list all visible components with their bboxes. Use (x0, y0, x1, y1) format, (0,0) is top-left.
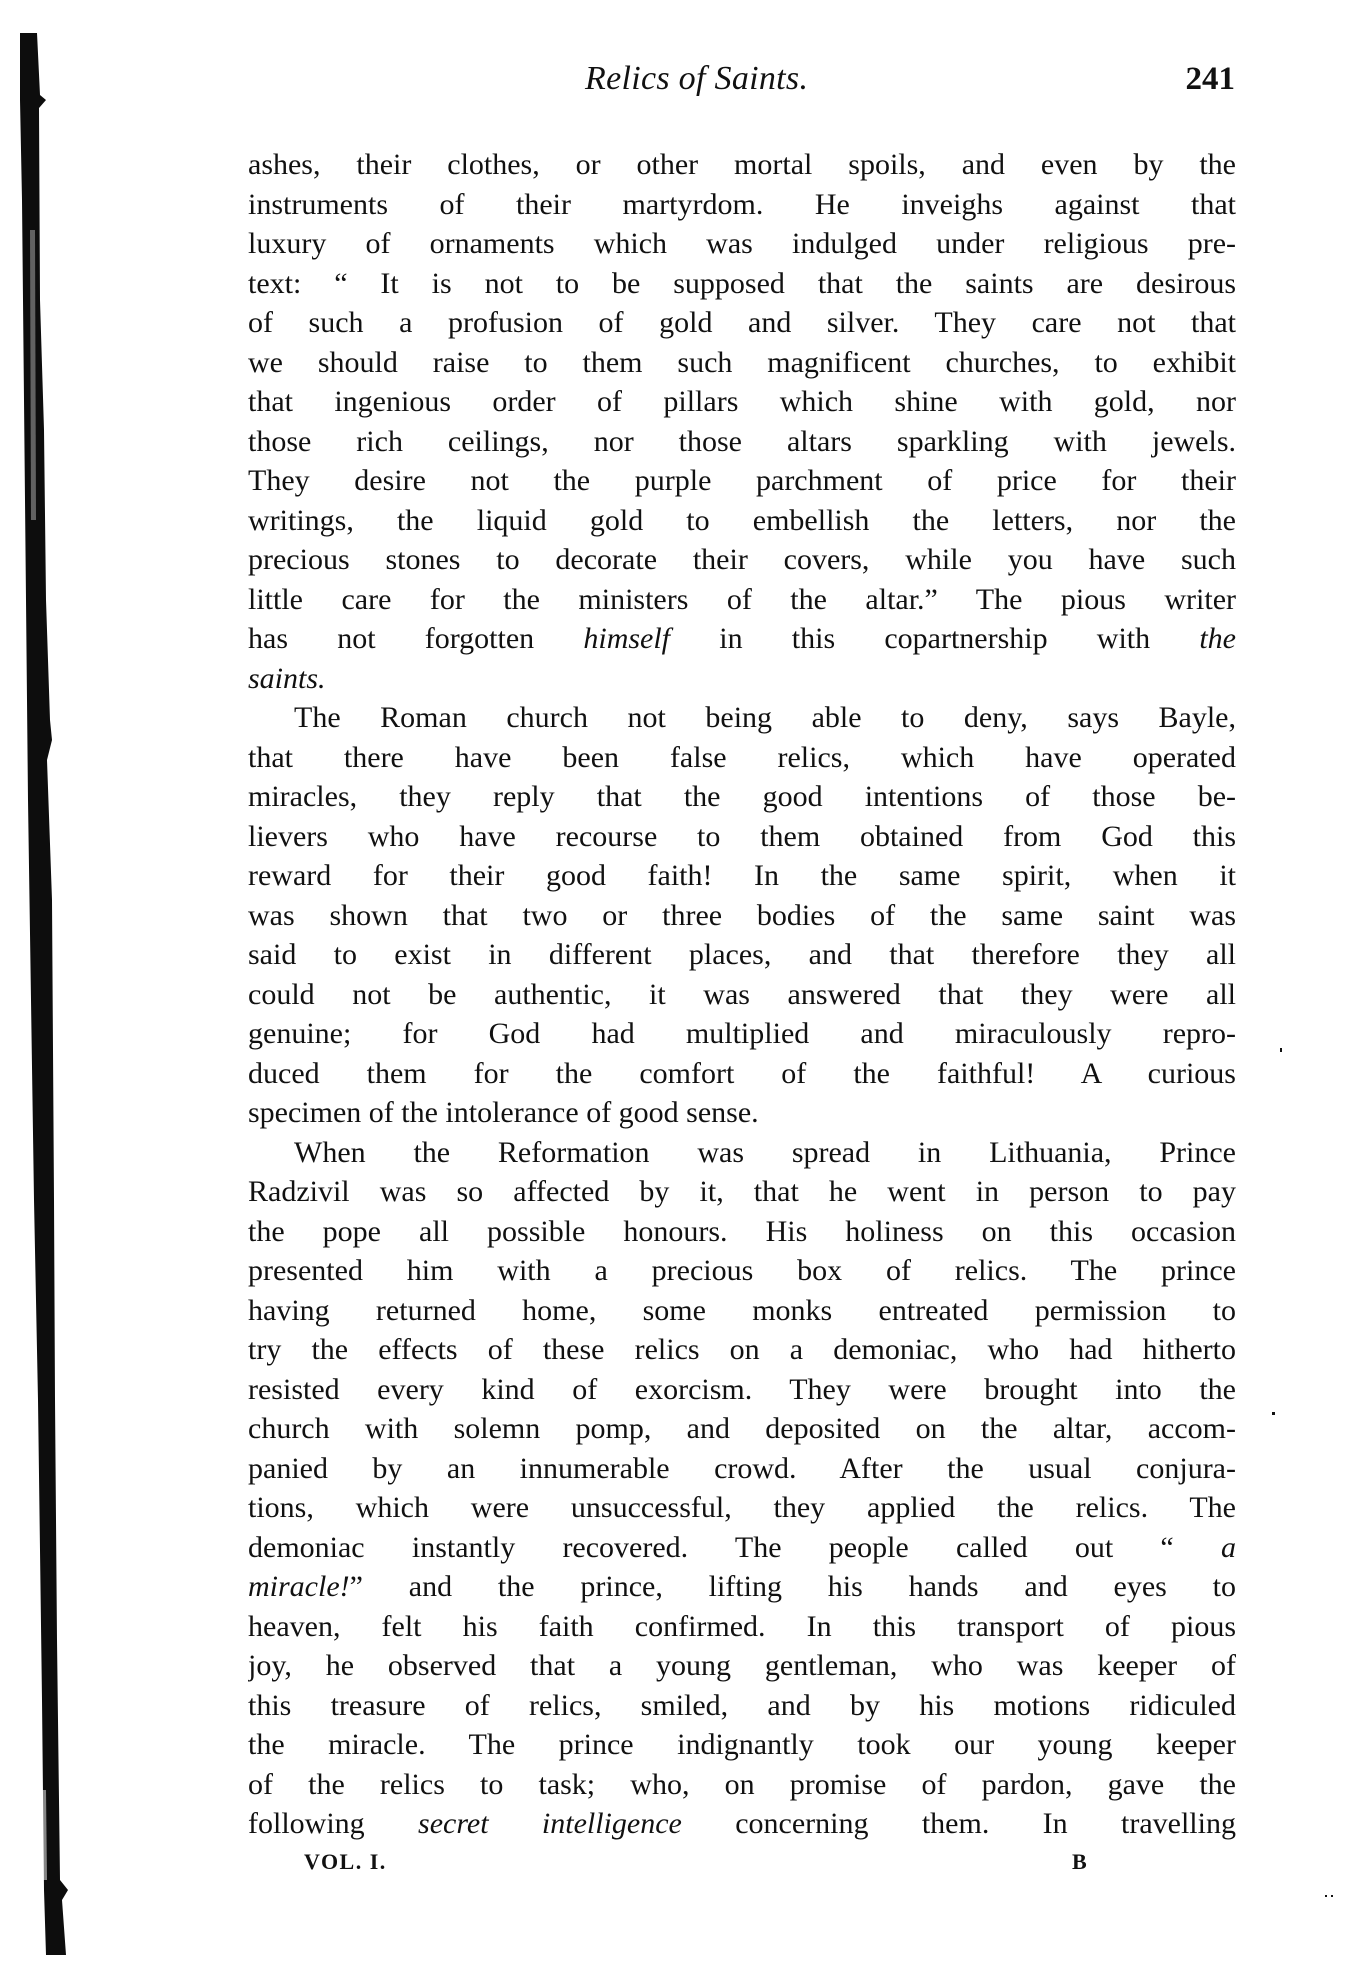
text-run: writings, the liquid gold to embellish t… (248, 504, 1236, 537)
text-line: try the effects of these relics on a dem… (248, 1330, 1236, 1370)
text-run: ashes, their clothes, or other mortal sp… (248, 148, 1236, 181)
text-line: has not forgotten himself in this copart… (248, 619, 1236, 659)
page-number: 241 (1186, 56, 1236, 102)
text-run: the pope all possible honours. His holin… (248, 1215, 1236, 1248)
scan-speck (1280, 1048, 1282, 1052)
text-line: reward for their good faith! In the same… (248, 856, 1236, 896)
text-line: text: “ It is not to be supposed that th… (248, 264, 1236, 304)
italic-text: himself (583, 622, 670, 655)
text-line: writings, the liquid gold to embellish t… (248, 501, 1236, 541)
text-line: duced them for the comfort of the faithf… (248, 1054, 1236, 1094)
text-line: tions, which were unsuccessful, they app… (248, 1488, 1236, 1528)
text-run: of the relics to task; who, on promise o… (248, 1768, 1236, 1801)
text-line: church with solemn pomp, and deposited o… (248, 1409, 1236, 1449)
text-run: joy, he observed that a young gentleman,… (248, 1649, 1236, 1682)
text-run: tions, which were unsuccessful, they app… (248, 1491, 1236, 1524)
text-run: of such a profusion of gold and silver. … (248, 306, 1236, 339)
text-run: we should raise to them such magnificent… (248, 346, 1236, 379)
text-run: church with solemn pomp, and deposited o… (248, 1412, 1236, 1445)
italic-text: miracle! (248, 1570, 350, 1603)
volume-mark: VOL. I. (304, 1844, 387, 1880)
text-run: demoniac instantly recovered. The people… (248, 1531, 1221, 1564)
text-run: presented him with a precious box of rel… (248, 1254, 1236, 1287)
text-line: demoniac instantly recovered. The people… (248, 1528, 1236, 1568)
text-run: When the Reformation was spread in Lithu… (294, 1136, 1236, 1169)
text-line: little care for the ministers of the alt… (248, 580, 1236, 620)
text-line: we should raise to them such magnificent… (248, 343, 1236, 383)
text-line: saints. (248, 659, 1236, 699)
text-line: genuine; for God had multiplied and mira… (248, 1014, 1236, 1054)
text-line: They desire not the purple parchment of … (248, 461, 1236, 501)
text-line: The Roman church not being able to deny,… (248, 698, 1236, 738)
text-line: of the relics to task; who, on promise o… (248, 1765, 1236, 1805)
text-line: following secret intelligence concerning… (248, 1804, 1236, 1844)
text-run: Radzivil was so affected by it, that he … (248, 1175, 1236, 1208)
text-line: those rich ceilings, nor those altars sp… (248, 422, 1236, 462)
text-line: luxury of ornaments which was indulged u… (248, 224, 1236, 264)
text-run: following (248, 1807, 418, 1840)
text-line: instruments of their martyrdom. He invei… (248, 185, 1236, 225)
scan-speck (1325, 1895, 1327, 1897)
text-run: precious stones to decorate their covers… (248, 543, 1236, 576)
text-run: duced them for the comfort of the faithf… (248, 1057, 1236, 1090)
text-line: When the Reformation was spread in Lithu… (248, 1133, 1236, 1173)
text-run: said to exist in different places, and t… (248, 938, 1236, 971)
text-run: luxury of ornaments which was indulged u… (248, 227, 1236, 260)
page-footer: VOL. I. B (252, 1844, 1235, 1880)
text-run: specimen of the intolerance of good sens… (248, 1096, 759, 1129)
text-line: that ingenious order of pillars which sh… (248, 382, 1236, 422)
text-line: ashes, their clothes, or other mortal sp… (248, 145, 1236, 185)
text-run: lievers who have recourse to them obtain… (248, 820, 1236, 853)
text-line: that there have been false relics, which… (248, 738, 1236, 778)
text-run: They desire not the purple parchment of … (248, 464, 1236, 497)
text-run: text: “ It is not to be supposed that th… (248, 267, 1236, 300)
text-line: joy, he observed that a young gentleman,… (248, 1646, 1236, 1686)
text-run: concerning them. In travelling (682, 1807, 1236, 1840)
text-line: resisted every kind of exorcism. They we… (248, 1370, 1236, 1410)
text-line: miracles, they reply that the good inten… (248, 777, 1236, 817)
text-line: heaven, felt his faith confirmed. In thi… (248, 1607, 1236, 1647)
scan-speck (1331, 1895, 1333, 1897)
italic-text: secret intelligence (418, 1807, 682, 1840)
running-title: Relics of Saints. (585, 56, 808, 102)
text-line: of such a profusion of gold and silver. … (248, 303, 1236, 343)
scan-speck (1272, 1412, 1275, 1415)
text-line: could not be authentic, it was answered … (248, 975, 1236, 1015)
running-head: Relics of Saints. 241 (252, 56, 1235, 102)
italic-text: the (1199, 622, 1236, 655)
text-line: presented him with a precious box of rel… (248, 1251, 1236, 1291)
text-run: in this copartnership with (670, 622, 1199, 655)
text-line: precious stones to decorate their covers… (248, 540, 1236, 580)
text-run: panied by an innumerable crowd. After th… (248, 1452, 1236, 1485)
text-line: was shown that two or three bodies of th… (248, 896, 1236, 936)
text-run: having returned home, some monks entreat… (248, 1294, 1236, 1327)
text-line: this treasure of relics, smiled, and by … (248, 1686, 1236, 1726)
text-run: try the effects of these relics on a dem… (248, 1333, 1236, 1366)
text-run: could not be authentic, it was answered … (248, 978, 1236, 1011)
text-run: The Roman church not being able to deny,… (294, 701, 1236, 734)
italic-text: saints. (248, 662, 326, 695)
text-line: lievers who have recourse to them obtain… (248, 817, 1236, 857)
text-line: the miracle. The prince indignantly took… (248, 1725, 1236, 1765)
text-line: miracle!” and the prince, lifting his ha… (248, 1567, 1236, 1607)
text-run: that ingenious order of pillars which sh… (248, 385, 1236, 418)
text-run: instruments of their martyrdom. He invei… (248, 188, 1236, 221)
text-run: reward for their good faith! In the same… (248, 859, 1236, 892)
signature-mark: B (1072, 1844, 1087, 1880)
text-run: genuine; for God had multiplied and mira… (248, 1017, 1236, 1050)
text-run: has not forgotten (248, 622, 583, 655)
text-run: heaven, felt his faith confirmed. In thi… (248, 1610, 1236, 1643)
text-line: panied by an innumerable crowd. After th… (248, 1449, 1236, 1489)
text-run: resisted every kind of exorcism. They we… (248, 1373, 1236, 1406)
text-run: the miracle. The prince indignantly took… (248, 1728, 1236, 1761)
text-run: that there have been false relics, which… (248, 741, 1236, 774)
text-line: specimen of the intolerance of good sens… (248, 1093, 1236, 1133)
italic-text: a (1221, 1531, 1236, 1564)
text-line: Radzivil was so affected by it, that he … (248, 1172, 1236, 1212)
text-run: miracles, they reply that the good inten… (248, 780, 1236, 813)
text-run: ” and the prince, lifting his hands and … (350, 1570, 1236, 1603)
text-line: said to exist in different places, and t… (248, 935, 1236, 975)
text-line: the pope all possible honours. His holin… (248, 1212, 1236, 1252)
text-run: this treasure of relics, smiled, and by … (248, 1689, 1236, 1722)
binding-edge-shadow (0, 0, 90, 1982)
text-run: little care for the ministers of the alt… (248, 583, 1236, 616)
text-run: those rich ceilings, nor those altars sp… (248, 425, 1236, 458)
text-line: having returned home, some monks entreat… (248, 1291, 1236, 1331)
body-text: ashes, their clothes, or other mortal sp… (248, 145, 1236, 1844)
text-run: was shown that two or three bodies of th… (248, 899, 1236, 932)
